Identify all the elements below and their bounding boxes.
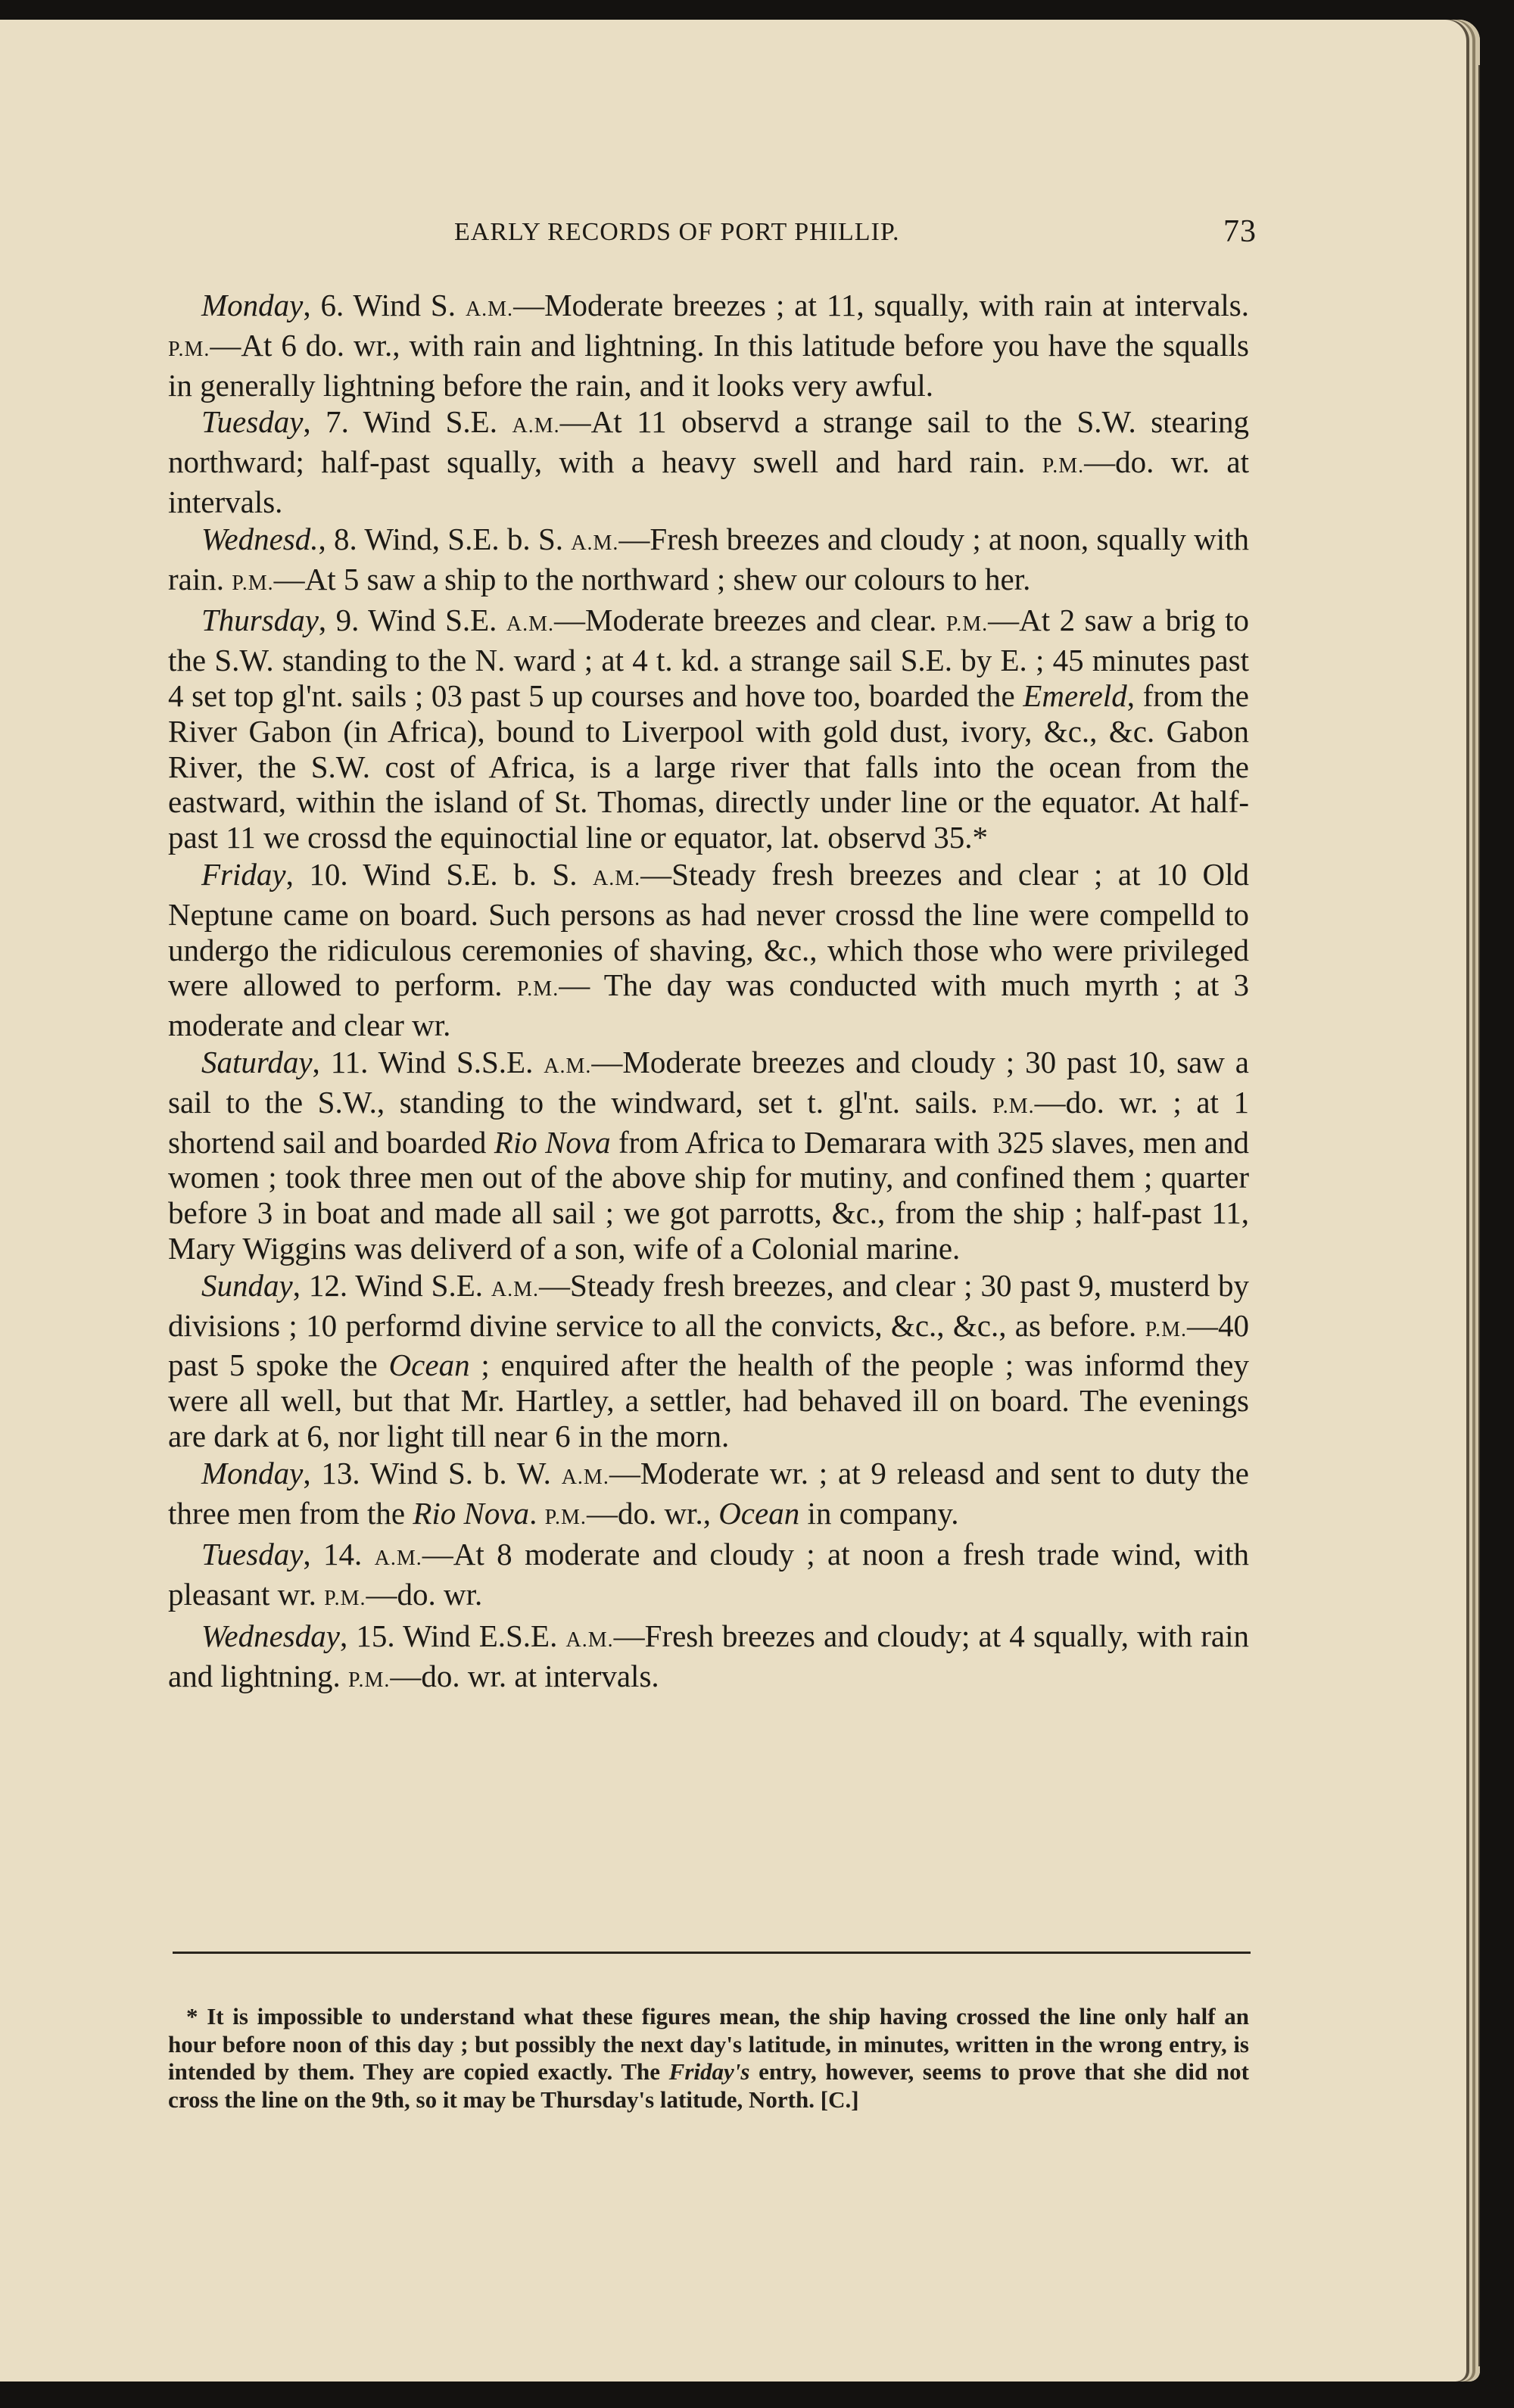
am-text: —Moderate breezes and clear. bbox=[554, 603, 946, 637]
am-marker: A.M. bbox=[566, 1628, 614, 1652]
day-label: Saturday bbox=[201, 1045, 313, 1079]
entry-monday-6: Monday, 6. Wind S. A.M.—Moderate breezes… bbox=[168, 288, 1249, 403]
footnote-divider bbox=[173, 1952, 1251, 1954]
am-marker: A.M. bbox=[562, 1466, 609, 1489]
pm-text: —At 6 do. wr., with rain and lightning. … bbox=[168, 328, 1249, 403]
entry-monday-13: Monday, 13. Wind S. b. W. A.M.—Moderate … bbox=[168, 1456, 1249, 1536]
day-label: Sunday bbox=[201, 1268, 293, 1303]
entry-heading: , 14. bbox=[303, 1537, 374, 1572]
am-marker: A.M. bbox=[466, 297, 513, 321]
day-label: Monday bbox=[201, 288, 303, 322]
entry-heading: , 6. Wind S. bbox=[303, 288, 466, 322]
pm-marker: P.M. bbox=[324, 1587, 366, 1610]
am-marker: A.M. bbox=[571, 531, 618, 555]
running-title: EARLY RECORDS OF PORT PHILLIP. bbox=[454, 218, 899, 247]
am-marker: A.M. bbox=[593, 867, 640, 890]
pm-text: —do. wr., bbox=[587, 1496, 718, 1531]
day-label: Thursday bbox=[201, 603, 319, 637]
pm-marker: P.M. bbox=[232, 572, 273, 595]
am-marker: A.M. bbox=[544, 1054, 591, 1078]
pm-marker: P.M. bbox=[992, 1095, 1034, 1118]
am-marker: A.M. bbox=[512, 414, 559, 438]
day-label: Wednesday bbox=[201, 1618, 340, 1653]
entry-saturday-11: Saturday, 11. Wind S.S.E. A.M.—Moderate … bbox=[168, 1045, 1249, 1266]
am-marker: A.M. bbox=[506, 612, 554, 636]
am-marker: A.M. bbox=[375, 1547, 422, 1570]
entry-heading: , 10. Wind S.E. b. S. bbox=[286, 857, 593, 892]
pm-text: —At 5 saw a ship to the northward ; shew… bbox=[274, 562, 1031, 597]
entry-heading: , 11. Wind S.S.E. bbox=[313, 1045, 544, 1079]
page-edge bbox=[1456, 65, 1480, 2366]
footnote: * It is impossible to understand what th… bbox=[168, 2003, 1249, 2114]
am-marker: A.M. bbox=[491, 1278, 539, 1301]
day-label: Wednesd. bbox=[201, 522, 319, 556]
footnote-italic: Friday's bbox=[669, 2058, 750, 2085]
page-number: 73 bbox=[1223, 213, 1257, 250]
ship-name: Emereld bbox=[1023, 678, 1126, 713]
pm-text: —do. wr. at intervals. bbox=[390, 1659, 659, 1693]
pm-marker: P.M. bbox=[517, 977, 559, 1001]
ship-name: Rio Nova bbox=[494, 1125, 611, 1160]
journal-body: Monday, 6. Wind S. A.M.—Moderate breezes… bbox=[168, 288, 1249, 1699]
ship-name: Ocean bbox=[389, 1347, 470, 1382]
day-label: Monday bbox=[201, 1456, 303, 1491]
entry-heading: , 13. Wind S. b. W. bbox=[303, 1456, 561, 1491]
entry-heading: , 12. Wind S.E. bbox=[293, 1268, 491, 1303]
day-label: Friday bbox=[201, 857, 286, 892]
pm-marker: P.M. bbox=[1042, 454, 1084, 478]
pm-marker: P.M. bbox=[348, 1668, 390, 1692]
entry-heading: , 7. Wind S.E. bbox=[303, 404, 512, 439]
entry-heading: , 15. Wind E.S.E. bbox=[340, 1618, 566, 1653]
entry-tuesday-14: Tuesday, 14. A.M.—At 8 moderate and clou… bbox=[168, 1537, 1249, 1617]
entry-thursday-9: Thursday, 9. Wind S.E. A.M.—Moderate bre… bbox=[168, 603, 1249, 855]
pm-text: —do. wr. bbox=[366, 1577, 482, 1612]
pm-text-cont: in company. bbox=[799, 1496, 958, 1531]
entry-wednesday-15: Wednesday, 15. Wind E.S.E. A.M.—Fresh br… bbox=[168, 1618, 1249, 1699]
day-label: Tuesday bbox=[201, 1537, 303, 1572]
am-text: —Moderate breezes ; at 11, squally, with… bbox=[513, 288, 1249, 322]
entry-heading: , 8. Wind, S.E. b. S. bbox=[319, 522, 572, 556]
entry-friday-10: Friday, 10. Wind S.E. b. S. A.M.—Steady … bbox=[168, 857, 1249, 1043]
entry-sunday-12: Sunday, 12. Wind S.E. A.M.—Steady fresh … bbox=[168, 1268, 1249, 1454]
entry-heading: , 9. Wind S.E. bbox=[319, 603, 506, 637]
entry-tuesday-7: Tuesday, 7. Wind S.E. A.M.—At 11 observd… bbox=[168, 404, 1249, 519]
pm-marker: P.M. bbox=[1145, 1318, 1187, 1341]
entry-wednesday-8: Wednesd., 8. Wind, S.E. b. S. A.M.—Fresh… bbox=[168, 522, 1249, 602]
pm-marker: P.M. bbox=[946, 612, 988, 636]
pm-marker: P.M. bbox=[545, 1506, 587, 1529]
ship-name: Ocean bbox=[718, 1496, 799, 1531]
am-text-cont: . bbox=[529, 1496, 545, 1531]
ship-name: Rio Nova bbox=[413, 1496, 529, 1531]
day-label: Tuesday bbox=[201, 404, 303, 439]
pm-marker: P.M. bbox=[168, 338, 210, 361]
